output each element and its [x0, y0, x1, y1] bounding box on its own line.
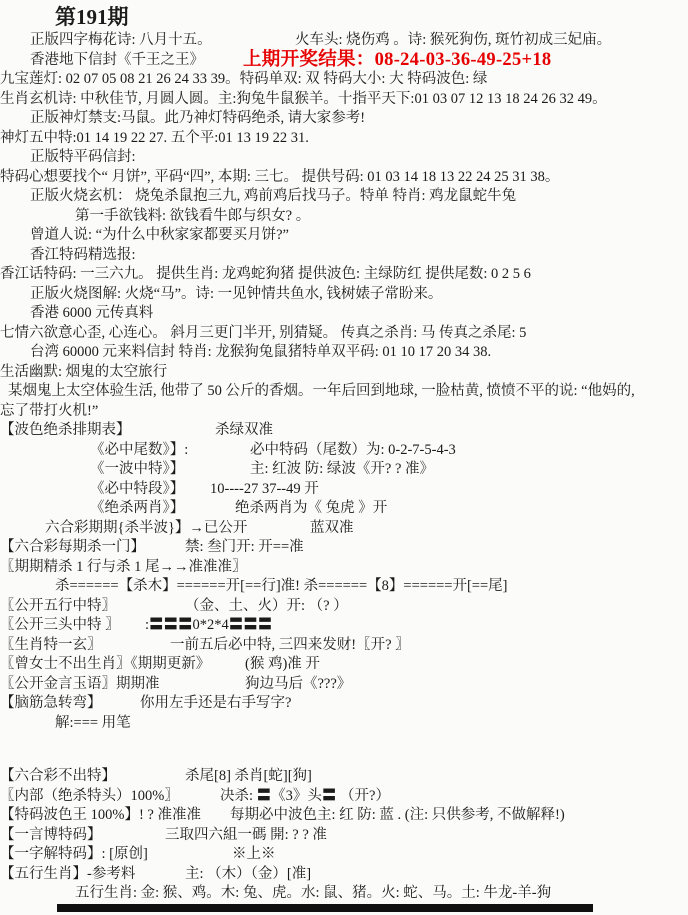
text-line: 第一手欲钱料: 欲钱看牛郎与织女? 。	[0, 207, 688, 227]
sheet-content: 第191期 正版四字梅花诗: 八月十五。火车头: 烧伤鸡 。诗: 猴死狗伤, 斑…	[0, 0, 688, 904]
text-line: 〖内部（绝杀特头）100%〗决杀: 〓《3》头〓 （开?）	[0, 787, 688, 807]
text-line: 《绝杀两肖》】绝杀两肖为《 兔虎 》开	[0, 499, 688, 519]
text-segment: 〖公开五行中特〗	[0, 598, 116, 614]
text-segment: 火车头: 烧伤鸡 。诗: 猴死狗伤, 斑竹初成三妃庙。	[295, 31, 611, 51]
text-segment: 杀绿双准	[215, 421, 273, 441]
text-segment: 【一字解特码】: [原创]	[0, 846, 148, 862]
text-segment: 香江特码精选报:	[30, 247, 136, 263]
text-segment: 特码心想要找个“ 月饼”, 平码“四”, 本期: 三七。 提供号码: 01 03…	[0, 169, 559, 185]
text-line: 忘了带打火机!”	[0, 402, 688, 422]
text-segment: 主: （木）（金）[准]	[185, 865, 311, 885]
text-segment: 杀======【杀木】======开[==行]准! 杀======【8】====…	[55, 578, 508, 594]
text-line: 某烟鬼上太空体验生活, 他带了 50 公斤的香烟。一年后回到地球, 一脸枯黄, …	[0, 382, 688, 402]
text-segment: （金、土、火）开: （? ）	[185, 597, 348, 617]
text-segment: 禁: 叁门开: 开==准	[185, 538, 304, 558]
text-segment: 正版火烧玄机： 烧兔杀鼠抱三九, 鸡前鸡后找马子。特单 特肖: 鸡龙鼠蛇牛兔	[30, 188, 516, 204]
text-segment: 【六合彩不出特】	[0, 768, 116, 784]
text-line: 香江特码精选报:	[0, 246, 688, 266]
bottom-scan-bar	[57, 904, 593, 912]
text-line: 〖公开金言玉语〗期期准狗边马后《???》	[0, 675, 688, 695]
text-line: 【脑筋急转弯】你用左手还是右手写字?	[0, 694, 688, 714]
text-segment: 【六合彩每期杀一门】	[0, 539, 145, 555]
text-segment: 10----27 37--49 开	[210, 480, 319, 500]
text-segment: 一前五后必中特, 三四来发财!〖开? 〗	[170, 636, 410, 656]
tip-sheet-page: 第191期 正版四字梅花诗: 八月十五。火车头: 烧伤鸡 。诗: 猴死狗伤, 斑…	[0, 0, 688, 915]
text-segment: 生活幽默: 烟鬼的太空旅行	[0, 364, 167, 380]
text-line: 生活幽默: 烟鬼的太空旅行	[0, 363, 688, 383]
text-segment: 《必中特段》】	[90, 481, 184, 497]
text-segment: 〖公开金言玉语〗期期准	[0, 676, 160, 692]
text-segment: 香港地下信封《千王之王》	[30, 52, 204, 68]
text-line: 正版四字梅花诗: 八月十五。火车头: 烧伤鸡 。诗: 猴死狗伤, 斑竹初成三妃庙…	[0, 31, 688, 51]
text-segment: 《一波中特》】	[90, 461, 184, 477]
text-line: 香港地下信封《千王之王》上期开奖结果：08-24-03-36-49-25+18	[0, 51, 688, 71]
text-segment: 台湾 60000 元来料信封 特肖: 龙猴狗兔鼠猪特单双平码: 01 10 17…	[30, 344, 491, 360]
text-segment: 九宝莲灯: 02 07 05 08 21 26 24 33 39。特码单双: 双…	[0, 71, 487, 87]
text-segment: 生肖玄机诗: 中秋佳节, 月圆人圆。主:狗兔牛鼠猴羊。十指平天下:01 03 0…	[0, 91, 607, 107]
text-line: 【一字解特码】: [原创]※上※	[0, 845, 688, 865]
text-line: 台湾 60000 元来料信封 特肖: 龙猴狗兔鼠猪特单双平码: 01 10 17…	[0, 343, 688, 363]
text-line: 〖公开三头中特 〗:〓〓〓0*2*4〓〓〓	[0, 616, 688, 636]
text-line: 〖公开五行中特〗（金、土、火）开: （? ）	[0, 597, 688, 617]
text-line: 【六合彩不出特】杀尾[8] 杀肖[蛇][狗]	[0, 767, 688, 787]
text-line: 【一言博特码】三取四六組一碼 開: ? ? 准	[0, 826, 688, 846]
text-segment: 解:=== 用笔	[55, 715, 131, 731]
text-segment: 【一言博特码】	[0, 827, 102, 843]
text-segment: 【特码波色王 100%】! ? 准准准	[0, 807, 201, 823]
text-line: 特码心想要找个“ 月饼”, 平码“四”, 本期: 三七。 提供号码: 01 03…	[0, 168, 688, 188]
text-segment: 【波色绝杀排期表】	[0, 422, 131, 438]
text-segment: 蓝双准	[310, 519, 354, 539]
text-line: 香港 6000 元传真料	[0, 304, 688, 324]
text-line: 曾道人说: “为什么中秋家家都要买月饼?”	[0, 226, 688, 246]
text-segment: 七情六欲意心歪, 心连心。 斜月三更门半开, 别猜疑。 传真之杀肖: 马 传真之…	[0, 325, 526, 341]
text-segment: ※上※	[232, 845, 276, 865]
text-line: 九宝莲灯: 02 07 05 08 21 26 24 33 39。特码单双: 双…	[0, 70, 688, 90]
text-line: 神灯五中特:01 14 19 22 27. 五个平:01 13 19 22 31…	[0, 129, 688, 149]
text-segment: (猴 鸡)准 开	[245, 655, 320, 675]
page-title: 第191期	[0, 3, 688, 31]
text-line: 【五行生肖】-参考料主: （木）（金）[准]	[0, 865, 688, 885]
text-line: 香江话特码: 一三六九。 提供生肖: 龙鸡蛇狗猪 提供波色: 主绿防红 提供尾数…	[0, 265, 688, 285]
text-segment: 杀尾[8] 杀肖[蛇][狗]	[185, 767, 312, 787]
text-segment: 〖公开三头中特 〗	[0, 617, 120, 633]
blank-line	[0, 733, 688, 767]
text-segment: 曾道人说: “为什么中秋家家都要买月饼?”	[30, 227, 289, 243]
text-segment: 必中特码（尾数）为: 0-2-7-5-4-3	[250, 441, 456, 461]
text-segment: 狗边马后《???》	[245, 675, 351, 695]
last-draw-result: 上期开奖结果：08-24-03-36-49-25+18	[243, 51, 551, 71]
text-line: 杀======【杀木】======开[==行]准! 杀======【8】====…	[0, 577, 688, 597]
text-segment: 每期必中波色主: 红 防: 蓝 . (注: 只供参考, 不做解释!)	[230, 806, 565, 826]
text-line: 〖曾女士不出生肖〗《期期更新》(猴 鸡)准 开	[0, 655, 688, 675]
text-segment: 忘了带打火机!”	[0, 403, 98, 419]
text-segment: 《绝杀两肖》】	[90, 500, 184, 516]
text-line: 【特码波色王 100%】! ? 准准准每期必中波色主: 红 防: 蓝 . (注:…	[0, 806, 688, 826]
text-segment: 主: 红波 防: 绿波《开? ? 准》	[250, 460, 434, 480]
text-segment: 正版四字梅花诗: 八月十五。	[30, 32, 212, 48]
text-segment: 三取四六組一碼 開: ? ? 准	[165, 826, 327, 846]
text-line: 〖期期精杀 1 行与杀 1 尾→→准准准〗	[0, 558, 688, 578]
text-segment: 《必中尾数》】:	[90, 442, 188, 458]
text-line: 正版特平码信封:	[0, 148, 688, 168]
text-segment: 某烟鬼上太空体验生活, 他带了 50 公斤的香烟。一年后回到地球, 一脸枯黄, …	[8, 383, 635, 399]
text-segment: 正版特平码信封:	[30, 149, 136, 165]
text-line: 正版神灯禁支:马鼠。此乃神灯特码绝杀, 请大家参考!	[0, 109, 688, 129]
text-line: 《必中特段》】10----27 37--49 开	[0, 480, 688, 500]
text-segment: 你用左手还是右手写字?	[140, 694, 291, 714]
text-segment: 绝杀两肖为《 兔虎 》开	[235, 499, 387, 519]
text-segment: 香港 6000 元传真料	[30, 305, 153, 321]
text-segment: 香江话特码: 一三六九。 提供生肖: 龙鸡蛇狗猪 提供波色: 主绿防红 提供尾数…	[0, 266, 531, 282]
text-segment: 六合彩期期{杀半波}】→已公开	[45, 520, 247, 536]
text-line: 正版火烧玄机： 烧兔杀鼠抱三九, 鸡前鸡后找马子。特单 特肖: 鸡龙鼠蛇牛兔	[0, 187, 688, 207]
text-line: 六合彩期期{杀半波}】→已公开蓝双准	[0, 519, 688, 539]
text-line: 【波色绝杀排期表】杀绿双准	[0, 421, 688, 441]
text-segment: 〖期期精杀 1 行与杀 1 尾→→准准准〗	[0, 559, 247, 575]
text-segment: 【五行生肖】-参考料	[0, 866, 135, 882]
text-segment: 五行生肖: 金: 猴、鸡。木: 兔、虎。水: 鼠、猪。火: 蛇、马。土: 牛龙-…	[75, 885, 551, 901]
text-segment: 〖生肖特一玄〗	[0, 637, 102, 653]
text-line: 七情六欲意心歪, 心连心。 斜月三更门半开, 别猜疑。 传真之杀肖: 马 传真之…	[0, 324, 688, 344]
text-line: 五行生肖: 金: 猴、鸡。木: 兔、虎。水: 鼠、猪。火: 蛇、马。土: 牛龙-…	[0, 884, 688, 904]
text-segment: :〓〓〓0*2*4〓〓〓	[145, 616, 272, 636]
text-segment: 【脑筋急转弯】	[0, 695, 102, 711]
text-segment: 神灯五中特:01 14 19 22 27. 五个平:01 13 19 22 31…	[0, 130, 309, 146]
text-segment: 决杀: 〓《3》头〓 （开?）	[220, 787, 390, 807]
content-lines: 正版四字梅花诗: 八月十五。火车头: 烧伤鸡 。诗: 猴死狗伤, 斑竹初成三妃庙…	[0, 31, 688, 904]
text-line: 〖生肖特一玄〗一前五后必中特, 三四来发财!〖开? 〗	[0, 636, 688, 656]
text-segment: 正版神灯禁支:马鼠。此乃神灯特码绝杀, 请大家参考!	[30, 110, 365, 126]
text-segment: 〖内部（绝杀特头）100%〗	[0, 788, 179, 804]
text-line: 【六合彩每期杀一门】禁: 叁门开: 开==准	[0, 538, 688, 558]
text-segment: 〖曾女士不出生肖〗《期期更新》	[0, 656, 210, 672]
text-segment: 第一手欲钱料: 欲钱看牛郎与织女? 。	[75, 208, 310, 224]
text-line: 《必中尾数》】:必中特码（尾数）为: 0-2-7-5-4-3	[0, 441, 688, 461]
text-line: 生肖玄机诗: 中秋佳节, 月圆人圆。主:狗兔牛鼠猴羊。十指平天下:01 03 0…	[0, 90, 688, 110]
text-line: 解:=== 用笔	[0, 714, 688, 734]
text-line: 正版火烧图解: 火烧“马”。诗: 一见钟情共鱼水, 钱树婊子常盼来。	[0, 285, 688, 305]
text-line: 《一波中特》】主: 红波 防: 绿波《开? ? 准》	[0, 460, 688, 480]
text-segment: 正版火烧图解: 火烧“马”。诗: 一见钟情共鱼水, 钱树婊子常盼来。	[30, 286, 442, 302]
